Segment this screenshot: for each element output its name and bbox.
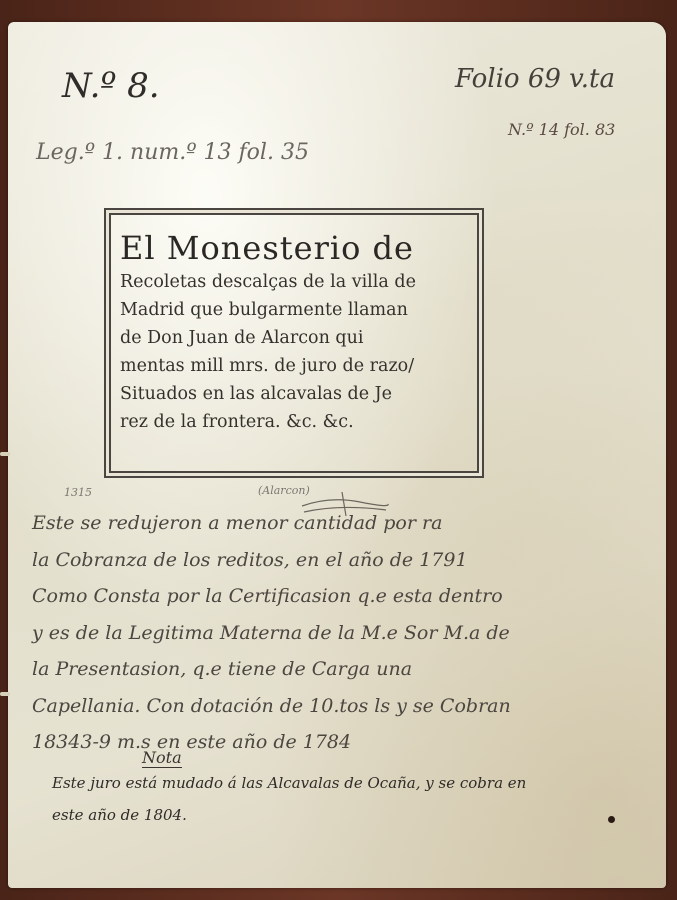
margin-note-left: 1315 xyxy=(64,486,92,499)
body-line: la Presentasion, q.e tiene de Carga una xyxy=(32,651,642,688)
body-paragraph: Este se redujeron a menor cantidad por r… xyxy=(32,505,642,761)
title-line: Situados en las alcavalas de Je xyxy=(120,380,470,408)
body-line: y es de la Legitima Materna de la M.e So… xyxy=(32,615,642,652)
title-cartouche: El Monesterio de Recoletas descalças de … xyxy=(104,208,484,478)
body-line: la Cobranza de los reditos, en el año de… xyxy=(32,542,642,579)
title-line: Recoletas descalças de la villa de xyxy=(120,268,470,296)
body-line: 18343-9 m.s en este año de 1784 xyxy=(32,724,642,761)
binding-string xyxy=(0,692,10,696)
binding-string xyxy=(0,452,10,456)
title-line: mentas mill mrs. de juro de razo/ xyxy=(120,352,470,380)
title-line: de Don Juan de Alarcon qui xyxy=(120,324,470,352)
title-line: rez de la frontera. &c. &c. xyxy=(120,408,470,436)
title-line: Madrid que bulgarmente llaman xyxy=(120,296,470,324)
folio-sub-label: N.º 14 fol. 83 xyxy=(508,120,615,139)
legajo-reference: Leg.º 1. num.º 13 fol. 35 xyxy=(36,140,309,165)
body-line: Capellania. Con dotación de 10.tos ls y … xyxy=(32,688,642,725)
folio-label: Folio 69 v.ta xyxy=(455,64,615,94)
body-line: Como Consta por la Certificasion q.e est… xyxy=(32,578,642,615)
reference-number: N.º 8. xyxy=(62,66,160,106)
nota-heading: Nota xyxy=(142,748,182,768)
nota-line: Este juro está mudado á las Alcavalas de… xyxy=(52,774,526,792)
body-line: Este se redujeron a menor cantidad por r… xyxy=(32,505,642,542)
nota-line: este año de 1804. xyxy=(52,806,187,824)
title-heading: El Monesterio de xyxy=(120,228,470,268)
ink-spot xyxy=(608,816,615,823)
